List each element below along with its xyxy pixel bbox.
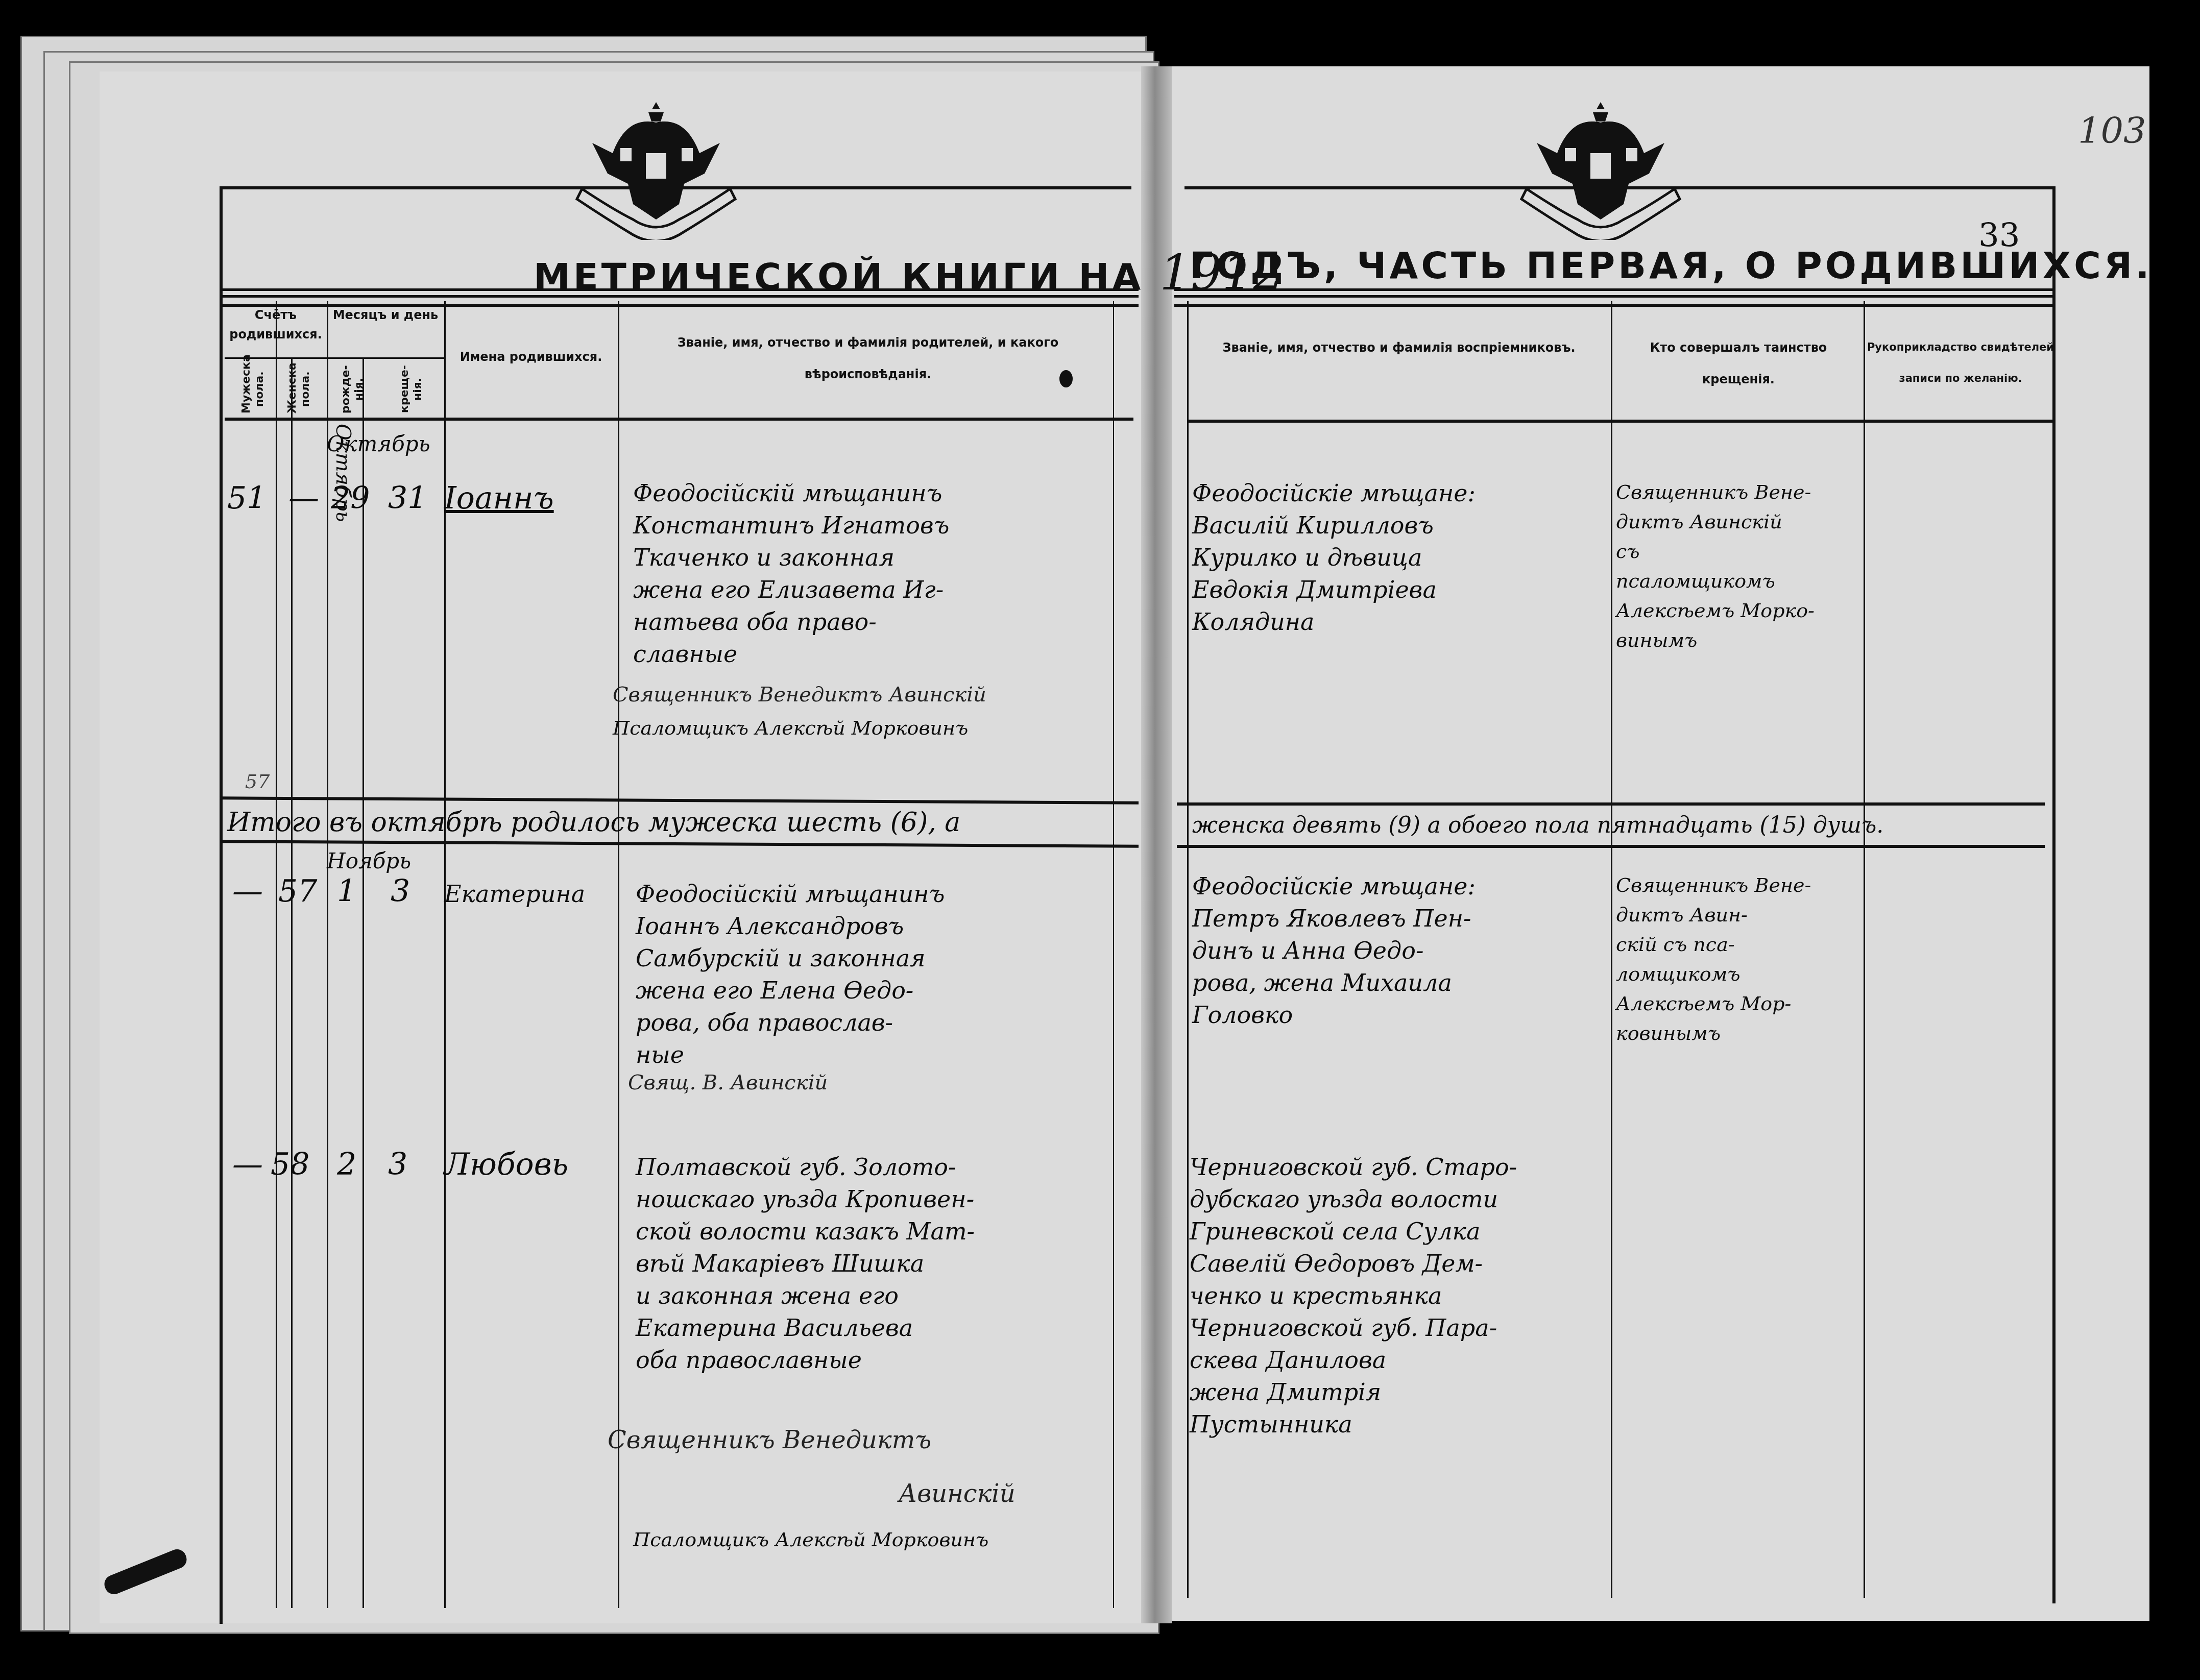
header-count-group: Счётъ родившихся. <box>227 305 324 345</box>
entry-name: Екатерина <box>444 878 585 910</box>
header-officiant: Кто совершалъ таинство крещенія. <box>1618 332 1858 396</box>
header-rule-right <box>1174 288 2052 307</box>
summary-text-left: Итого въ октябрѣ родилось мужеска шесть … <box>227 807 960 839</box>
entry-female-no: 58 <box>271 1149 309 1181</box>
col-divider <box>618 301 619 1608</box>
col-divider <box>276 301 277 1608</box>
entry-baptism-day: 31 <box>388 482 427 515</box>
header-count-male: Мужеска пола. <box>240 365 267 413</box>
header-count-female: Женска пола. <box>286 365 313 413</box>
entry-male-no: — <box>232 875 263 908</box>
entry-month-label: Ноябрь <box>327 845 411 877</box>
entry-priest-signature: Священникъ Венедиктъ Авинскій <box>613 679 986 711</box>
entry-female-no: — <box>288 482 319 515</box>
col-divider <box>291 357 293 1608</box>
entry-birth-day: 2 <box>337 1149 356 1181</box>
entry-officiant: Священникъ Вене- диктъ Авинскій съ псало… <box>1616 477 1815 655</box>
entry-priest-signature: Свящ. В. Авинскій <box>628 1067 828 1099</box>
header-date-baptism: креще-нія. <box>398 365 425 413</box>
header-date-birth: рожде-нія. <box>340 365 367 413</box>
entry-baptism-day: 3 <box>388 1149 407 1181</box>
entry-parents: Феодосійскій мѣщанинъ Константинъ Игнато… <box>633 477 949 670</box>
header-bottom-rule-right <box>1187 420 2055 423</box>
entry-female-no: 57 <box>278 875 317 908</box>
entry-baptism-day: 3 <box>391 875 410 908</box>
header-parents: Званіе, имя, отчество и фамилія родителе… <box>625 327 1110 391</box>
entry-month-label: Октябрь <box>327 428 430 460</box>
entry-godparents: Феодосійскіе мѣщане: Василій Кирилловъ К… <box>1192 477 1476 638</box>
header-date-group: Месяцъ и день <box>329 305 442 325</box>
summary-top-rule-right <box>1177 802 2045 806</box>
folio-number: 103 <box>2078 110 2146 152</box>
header-bottom-rule-left <box>225 418 1133 421</box>
entry-birth-day: 1 <box>337 875 356 908</box>
header-rule-left <box>220 288 1139 307</box>
entry-birth-day: 29 <box>331 482 370 515</box>
col-divider <box>1864 301 1865 1598</box>
entry-priest-signature: Священникъ Венедиктъ <box>608 1424 931 1456</box>
summary-bottom-rule-right <box>1177 845 2045 848</box>
entry-godparents: Феодосійскіе мѣщане: Петръ Яковлевъ Пен-… <box>1192 870 1476 1031</box>
entry-priest-signature-surname: Авинскій <box>899 1478 1016 1510</box>
entry-psalmist-signature: Псаломщикъ Алексѣй Морковинъ <box>613 712 968 744</box>
entry-name: Любовь <box>444 1149 568 1181</box>
col-divider <box>1187 301 1189 1598</box>
entry-officiant: Священникъ Вене- диктъ Авин- скій съ пса… <box>1616 870 1811 1048</box>
entry-name: Іоаннъ <box>444 482 554 515</box>
col-divider <box>362 357 364 1608</box>
header-godparents: Званіе, имя, отчество и фамилія воспріем… <box>1215 332 1583 363</box>
paper-blemish <box>1059 370 1073 387</box>
summary-margin-note: 57 <box>245 766 270 798</box>
entry-psalmist-signature: Псаломщикъ Алексѣй Морковинъ <box>633 1524 988 1556</box>
col-margin-line <box>1113 301 1114 1608</box>
summary-text-right: женска девять (9) а обоего пола пятнадца… <box>1192 809 1883 841</box>
entry-parents: Феодосійскій мѣщанинъ Іоаннъ Александров… <box>636 878 945 1071</box>
header-names: Имена родившихся. <box>447 347 615 367</box>
header-witnesses: Рукоприкладство свидѣтелей записи по жел… <box>1866 332 2055 394</box>
entry-male-no: 51 <box>227 482 266 515</box>
col-divider <box>327 301 328 1608</box>
entry-parents: Полтавской губ. Золото- ношскаго уѣзда К… <box>636 1151 975 1376</box>
subheader-line <box>225 357 444 359</box>
entry-male-no: — <box>232 1149 263 1181</box>
col-divider <box>1611 301 1612 1598</box>
entry-godparents: Черниговской губ. Старо- дубскаго уѣзда … <box>1190 1151 1517 1441</box>
